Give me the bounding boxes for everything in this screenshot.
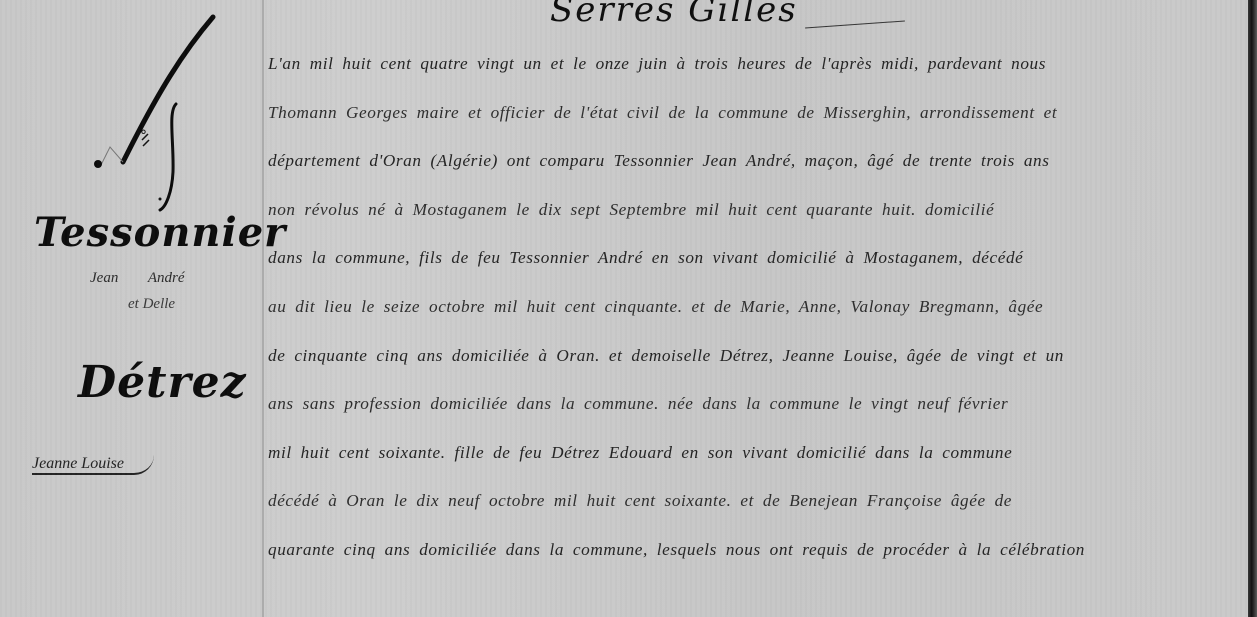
header-underline <box>805 21 905 29</box>
act-number-glyph-icon: ° <box>88 12 228 212</box>
act-number: ° <box>88 12 228 212</box>
body-line: au dit lieu le seize octobre mil huit ce… <box>268 283 1243 332</box>
margin-rule <box>262 0 264 617</box>
body-line: dans la commune, fils de feu Tessonnier … <box>268 234 1243 283</box>
header-name: Serres Gilles <box>550 0 798 30</box>
body-line: ans sans profession domiciliée dans la c… <box>268 380 1243 429</box>
bride-given-names: Jeanne Louise <box>32 455 154 475</box>
act-body: L'an mil huit cent quatre vingt un et le… <box>268 40 1243 575</box>
page-binding-edge <box>1248 0 1257 617</box>
body-line: mil huit cent soixante. fille de feu Dét… <box>268 429 1243 478</box>
groom-given-names: Jean André <box>90 270 210 287</box>
bride-surname: Détrez <box>78 360 247 406</box>
body-line: département d'Oran (Algérie) ont comparu… <box>268 137 1243 186</box>
body-line: de cinquante cinq ans domiciliée à Oran.… <box>268 332 1243 381</box>
groom-given-name-1: Jean <box>90 270 118 286</box>
body-line: Thomann Georges maire et officier de l'é… <box>268 89 1243 138</box>
register-page: ° Tessonnier Jean André et Delle Détrez … <box>0 0 1248 617</box>
conjunction-text: et Delle <box>128 296 175 313</box>
groom-surname: Tessonnier <box>34 210 286 256</box>
body-line: quarante cinq ans domiciliée dans la com… <box>268 526 1243 575</box>
body-line: décédé à Oran le dix neuf octobre mil hu… <box>268 477 1243 526</box>
body-line: non révolus né à Mostaganem le dix sept … <box>268 186 1243 235</box>
body-line: L'an mil huit cent quatre vingt un et le… <box>268 40 1243 89</box>
groom-given-name-2: André <box>148 270 185 286</box>
